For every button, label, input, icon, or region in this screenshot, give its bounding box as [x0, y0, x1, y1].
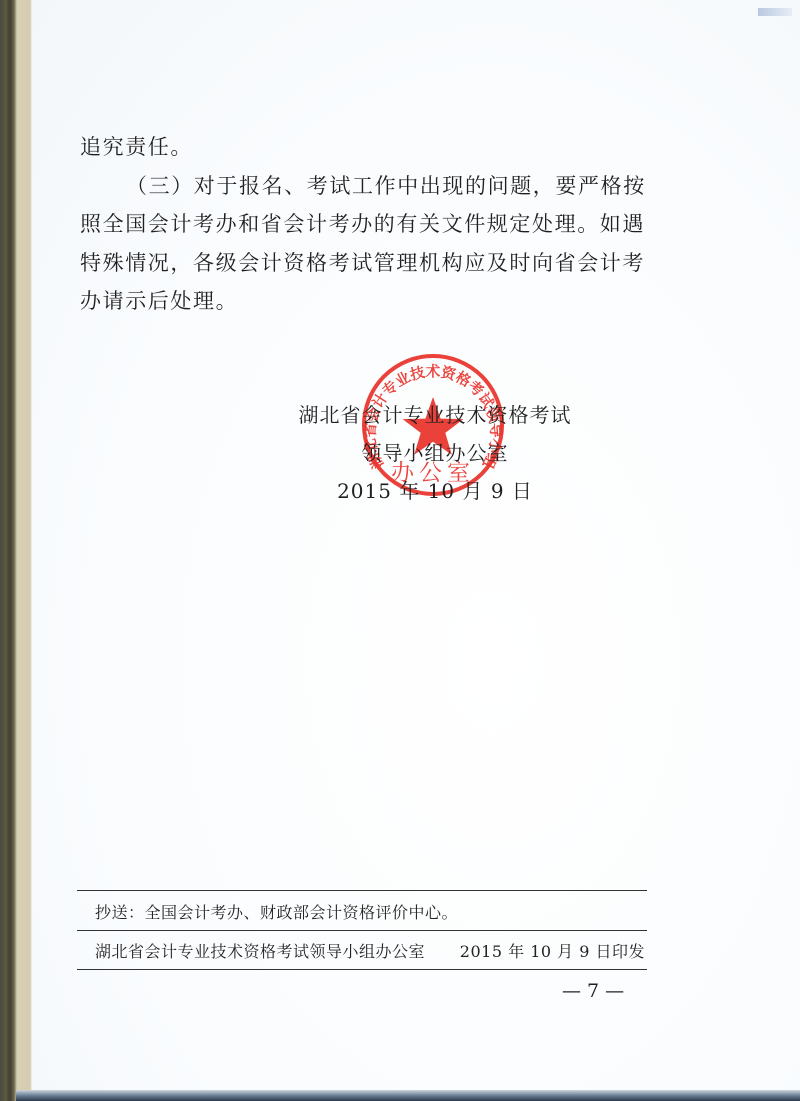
body-text: 追究责任。 （三）对于报名、考试工作中出现的问题，要严格按照全国会计考办和省会计…	[80, 128, 660, 321]
signature-date: 2015 年 10 月 9 日	[280, 472, 590, 510]
footer-rule-top	[77, 890, 647, 891]
signature-block: 湖北省会计专业技术资格考试 领导小组办公室 2015 年 10 月 9 日	[280, 396, 590, 510]
paragraph-three: （三）对于报名、考试工作中出现的问题，要严格按照全国会计考办和省会计考办的有关文…	[80, 167, 660, 321]
paragraph-continuation: 追究责任。	[80, 128, 660, 167]
issuer-name: 湖北省会计专业技术资格考试领导小组办公室	[95, 939, 425, 962]
footer-rule-middle	[77, 930, 647, 931]
signature-org-line1: 湖北省会计专业技术资格考试	[280, 396, 590, 434]
cc-recipients: 全国会计考办、财政部会计资格评价中心。	[145, 903, 459, 922]
footer-cc-row: 抄送：全国会计考办、财政部会计资格评价中心。	[95, 900, 645, 923]
scan-corner-fold	[758, 8, 792, 16]
footer-rule-bottom	[77, 969, 647, 970]
footer-issuer-row: 湖北省会计专业技术资格考试领导小组办公室 2015 年 10 月 9 日印发	[95, 939, 645, 962]
issue-date: 2015 年 10 月 9 日印发	[460, 939, 645, 962]
scan-bottom-edge	[16, 1090, 800, 1101]
signature-org-line2: 领导小组办公室	[280, 434, 590, 472]
scan-binding-edge	[0, 0, 32, 1101]
page-number: — 7 —	[562, 980, 624, 1002]
cc-label: 抄送：	[95, 903, 145, 922]
